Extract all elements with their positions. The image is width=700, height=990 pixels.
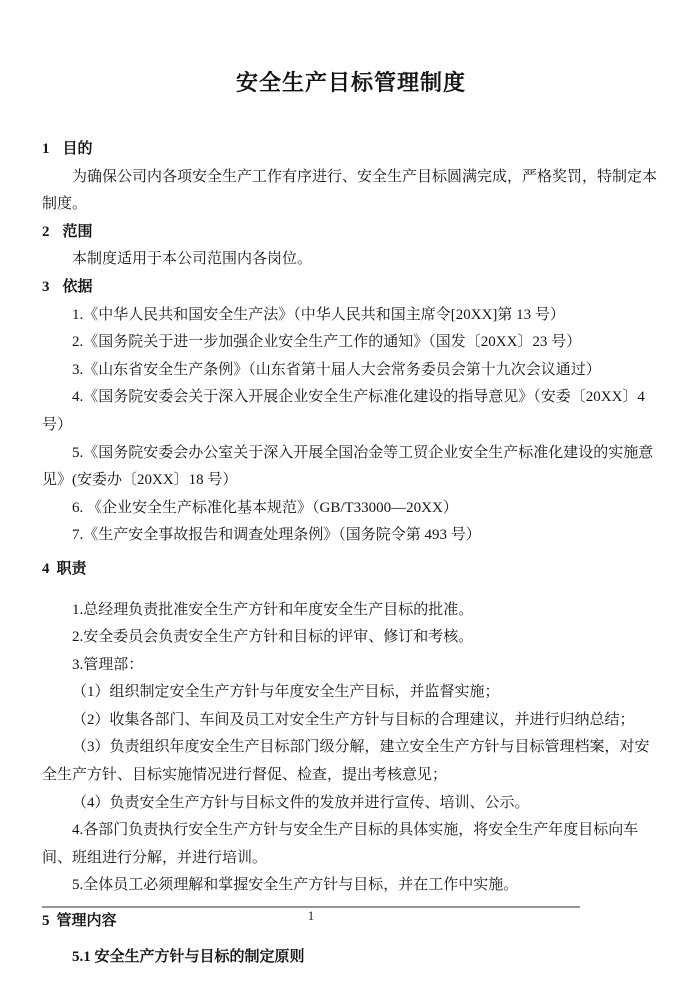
section-basis: 3依据 1.《中华人民共和国安全生产法》（中华人民共和国主席令[20XX]第 1…: [42, 274, 660, 550]
basis-item: 5.《国务院安委会办公室关于深入开展全国冶金等工贸企业安全生产标准化建设的实施意…: [42, 440, 660, 495]
basis-item: 7.《生产安全事故报告和调查处理条例》（国务院令第 493 号）: [42, 522, 660, 550]
basis-item: 4.《国务院安委会关于深入开展企业安全生产标准化建设的指导意见》（安委〔20XX…: [42, 384, 660, 439]
responsibility-subitem: （1）组织制定安全生产方针与年度安全生产目标，并监督实施；: [42, 679, 660, 707]
section-title: 依据: [63, 279, 93, 295]
section-title: 目的: [63, 141, 93, 157]
responsibility-subitem: （2）收集各部门、车间及员工对安全生产方针与目标的合理建议，并进行归纳总结；: [42, 707, 660, 735]
section-heading: 2范围: [42, 219, 660, 247]
responsibility-item: 1.总经理负责批准安全生产方针和年度安全生产目标的批准。: [42, 597, 660, 625]
section-heading: 1目的: [42, 136, 660, 164]
page-title: 安全生产目标管理制度: [42, 70, 660, 96]
document-page: 安全生产目标管理制度 1目的 为确保公司内各项安全生产工作有序进行、安全生产目标…: [0, 0, 700, 990]
section-number: 1: [42, 136, 50, 164]
responsibility-item: 5.全体员工必须理解和掌握安全生产方针与目标，并在工作中实施。: [42, 872, 660, 900]
section-title: 职责: [57, 561, 87, 577]
section-number: 2: [42, 219, 50, 247]
responsibility-item: 4.各部门负责执行安全生产方针与安全生产目标的具体实施，将安全生产年度目标向车间…: [42, 817, 660, 872]
basis-item: 3.《山东省安全生产条例》（山东省第十届人大会常务委员会第十九次会议通过）: [42, 357, 660, 385]
section-title: 范围: [63, 224, 93, 240]
section-responsibilities: 4职责 1.总经理负责批准安全生产方针和年度安全生产目标的批准。 2.安全委员会…: [42, 556, 660, 900]
scope-paragraph: 本制度适用于本公司范围内各岗位。: [42, 246, 660, 274]
responsibility-subitem: （3）负责组织年度安全生产目标部门级分解，建立安全生产方针与目标管理档案，对安全…: [42, 734, 660, 789]
responsibility-subitem: （4）负责安全生产方针与目标文件的发放并进行宣传、培训、公示。: [42, 790, 660, 818]
responsibility-item: 2.安全委员会负责安全生产方针和目标的评审、修订和考核。: [42, 624, 660, 652]
section-heading: 3依据: [42, 274, 660, 302]
basis-item: 1.《中华人民共和国安全生产法》（中华人民共和国主席令[20XX]第 13 号）: [42, 302, 660, 330]
footer-divider: [42, 906, 580, 908]
section-purpose: 1目的 为确保公司内各项安全生产工作有序进行、安全生产目标圆满完成，严格奖罚，特…: [42, 136, 660, 219]
purpose-paragraph: 为确保公司内各项安全生产工作有序进行、安全生产目标圆满完成，严格奖罚，特制定本制…: [42, 164, 660, 219]
basis-item: 2.《国务院关于进一步加强企业安全生产工作的通知》（国发〔20XX〕23 号）: [42, 329, 660, 357]
section-number: 3: [42, 274, 50, 302]
section-scope: 2范围 本制度适用于本公司范围内各岗位。: [42, 219, 660, 274]
basis-item: 6. 《企业安全生产标准化基本规范》（GB/T33000—20XX）: [42, 495, 660, 523]
section-number: 4: [42, 556, 50, 584]
responsibility-item: 3.管理部：: [42, 652, 660, 680]
section-heading: 4职责: [42, 556, 660, 584]
subsection-heading: 5.1 安全生产方针与目标的制定原则: [42, 944, 660, 972]
page-number: 1: [42, 909, 580, 923]
